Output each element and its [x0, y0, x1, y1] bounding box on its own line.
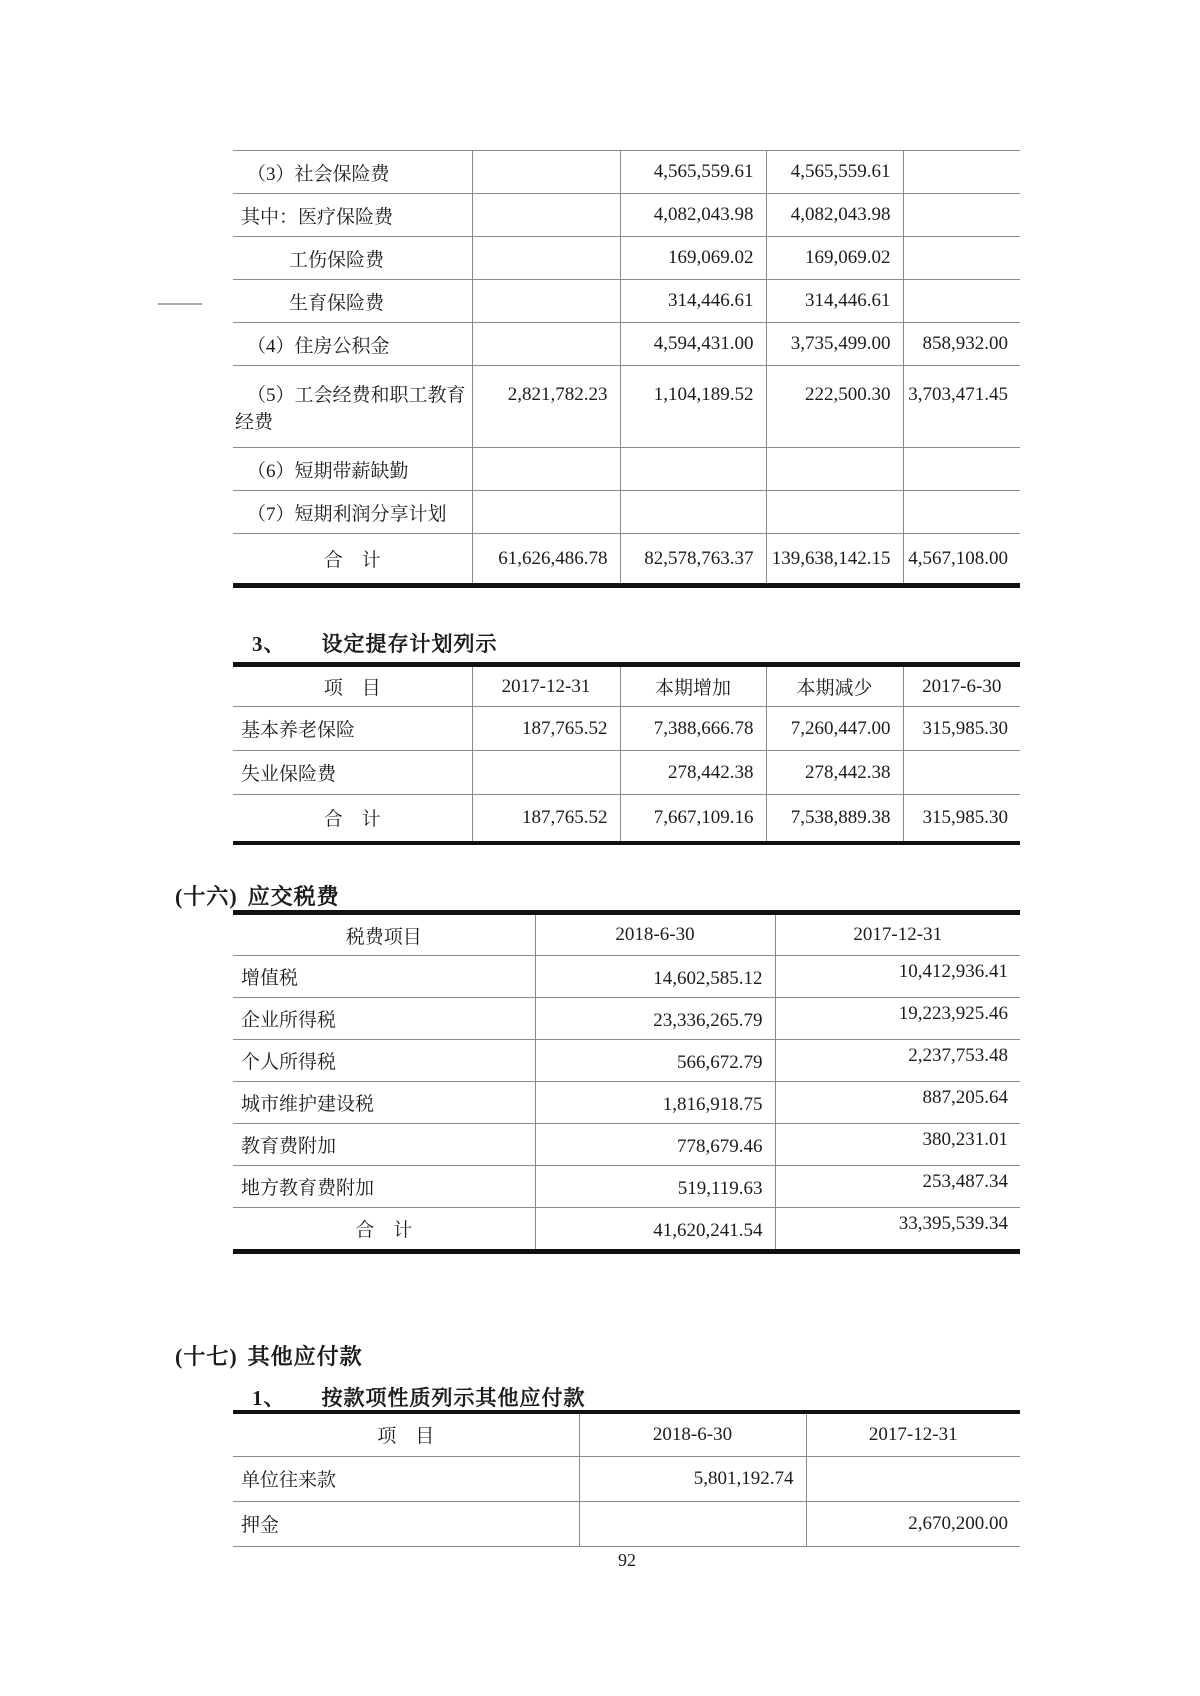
table-row: 押金 2,670,200.00 — [233, 1501, 1020, 1546]
column-header: 本期增加 — [620, 665, 766, 707]
cell-value: 519,119.63 — [535, 1166, 775, 1208]
cell-value: 314,446.61 — [620, 280, 766, 323]
table-row: 企业所得税 23,336,265.79 19,223,925.46 — [233, 998, 1020, 1040]
row-label: 生育保险费 — [233, 280, 472, 323]
cell-value: 1,816,918.75 — [535, 1082, 775, 1124]
table-row: 工伤保险费 169,069.02 169,069.02 — [233, 237, 1020, 280]
column-header: 2017-12-31 — [775, 913, 1020, 956]
subsection-heading-other-payables-by-nature: 1、按款项性质列示其他应付款 — [252, 1382, 586, 1412]
cell-value: 2,821,782.23 — [472, 366, 620, 448]
subsection-title: 按款项性质列示其他应付款 — [322, 1386, 586, 1410]
cell-value: 33,395,539.34 — [775, 1208, 1020, 1252]
section-title: 其他应付款 — [248, 1344, 363, 1369]
cell-value: 887,205.64 — [775, 1082, 1020, 1124]
column-header: 项 目 — [233, 665, 472, 707]
cell-value: 858,932.00 — [903, 323, 1020, 366]
page-number: 92 — [597, 1550, 657, 1571]
cell-value: 4,082,043.98 — [620, 194, 766, 237]
cell-value: 778,679.46 — [535, 1124, 775, 1166]
table-row: 个人所得税 566,672.79 2,237,753.48 — [233, 1040, 1020, 1082]
section-number: (十七) — [175, 1344, 238, 1369]
cell-value: 4,565,559.61 — [620, 151, 766, 194]
cell-value — [903, 448, 1020, 491]
header-row: 项 目 2017-12-31 本期增加 本期减少 2017-6-30 — [233, 665, 1020, 707]
section-number: (十六) — [175, 884, 238, 909]
cell-value — [472, 491, 620, 534]
table-row: 失业保险费 278,442.38 278,442.38 — [233, 751, 1020, 795]
section-heading-taxes-payable: (十六)应交税费 — [175, 880, 340, 911]
row-label: 地方教育费附加 — [233, 1166, 535, 1208]
table-row: （3）社会保险费 4,565,559.61 4,565,559.61 — [233, 151, 1020, 194]
cell-value: 2,237,753.48 — [775, 1040, 1020, 1082]
cell-value — [579, 1501, 806, 1546]
column-header: 2017-12-31 — [806, 1412, 1020, 1456]
cell-value: 169,069.02 — [766, 237, 903, 280]
table-row: （6）短期带薪缺勤 — [233, 448, 1020, 491]
header-row: 税费项目 2018-6-30 2017-12-31 — [233, 913, 1020, 956]
cell-value — [766, 448, 903, 491]
table-row: 生育保险费 314,446.61 314,446.61 — [233, 280, 1020, 323]
subsection-title: 设定提存计划列示 — [322, 632, 498, 656]
table-row: 教育费附加 778,679.46 380,231.01 — [233, 1124, 1020, 1166]
cell-value — [903, 151, 1020, 194]
cell-value — [472, 280, 620, 323]
defined-contribution-plan-table: 项 目 2017-12-31 本期增加 本期减少 2017-6-30 基本养老保… — [233, 662, 1020, 845]
cell-value: 10,412,936.41 — [775, 956, 1020, 998]
cell-value: 82,578,763.37 — [620, 534, 766, 586]
table-row: 单位往来款 5,801,192.74 — [233, 1456, 1020, 1501]
row-label: 企业所得税 — [233, 998, 535, 1040]
cell-value: 1,104,189.52 — [620, 366, 766, 448]
row-label: （7）短期利润分享计划 — [233, 491, 472, 534]
cell-value: 23,336,265.79 — [535, 998, 775, 1040]
cell-value: 4,567,108.00 — [903, 534, 1020, 586]
margin-dash — [158, 303, 202, 305]
row-label: 个人所得税 — [233, 1040, 535, 1082]
cell-value: 278,442.38 — [766, 751, 903, 795]
cell-value — [903, 280, 1020, 323]
column-header: 2017-12-31 — [472, 665, 620, 707]
table-row: （5）工会经费和职工教育 经费 2,821,782.23 1,104,189.5… — [233, 366, 1020, 448]
financial-report-page: { "page_number": "92", "benefits_table":… — [0, 0, 1200, 1696]
employee-benefits-table: （3）社会保险费 4,565,559.61 4,565,559.61 其中：医疗… — [233, 150, 1020, 588]
total-label: 合 计 — [233, 534, 472, 586]
cell-value: 19,223,925.46 — [775, 998, 1020, 1040]
total-row: 合 计 61,626,486.78 82,578,763.37 139,638,… — [233, 534, 1020, 586]
cell-value: 380,231.01 — [775, 1124, 1020, 1166]
cell-value — [472, 194, 620, 237]
column-header: 本期减少 — [766, 665, 903, 707]
cell-value — [903, 194, 1020, 237]
total-label: 合 计 — [233, 795, 472, 843]
other-payables-table: 项 目 2018-6-30 2017-12-31 单位往来款 5,801,192… — [233, 1410, 1020, 1547]
cell-value: 566,672.79 — [535, 1040, 775, 1082]
cell-value: 278,442.38 — [620, 751, 766, 795]
section-heading-other-payables: (十七)其他应付款 — [175, 1340, 363, 1371]
row-label: 单位往来款 — [233, 1456, 579, 1501]
cell-value: 222,500.30 — [766, 366, 903, 448]
table-row: 增值税 14,602,585.12 10,412,936.41 — [233, 956, 1020, 998]
row-label: （4）住房公积金 — [233, 323, 472, 366]
table-row: 地方教育费附加 519,119.63 253,487.34 — [233, 1166, 1020, 1208]
cell-value: 315,985.30 — [903, 707, 1020, 751]
cell-value: 253,487.34 — [775, 1166, 1020, 1208]
column-header: 税费项目 — [233, 913, 535, 956]
cell-value: 7,538,889.38 — [766, 795, 903, 843]
row-label: 城市维护建设税 — [233, 1082, 535, 1124]
cell-value — [472, 751, 620, 795]
total-row: 合 计 41,620,241.54 33,395,539.34 — [233, 1208, 1020, 1252]
table-row: 城市维护建设税 1,816,918.75 887,205.64 — [233, 1082, 1020, 1124]
column-header: 项 目 — [233, 1412, 579, 1456]
row-label-line2: 经费 — [233, 407, 472, 434]
total-label: 合 计 — [233, 1208, 535, 1252]
cell-value — [903, 237, 1020, 280]
cell-value: 139,638,142.15 — [766, 534, 903, 586]
cell-value: 314,446.61 — [766, 280, 903, 323]
column-header: 2017-6-30 — [903, 665, 1020, 707]
row-label: 工伤保险费 — [233, 237, 472, 280]
row-label: 押金 — [233, 1501, 579, 1546]
cell-value: 7,667,109.16 — [620, 795, 766, 843]
cell-value — [472, 151, 620, 194]
subsection-number: 3、 — [252, 632, 286, 656]
row-label: 其中：医疗保险费 — [233, 194, 472, 237]
cell-value — [766, 491, 903, 534]
column-header: 2018-6-30 — [535, 913, 775, 956]
cell-value: 14,602,585.12 — [535, 956, 775, 998]
cell-value — [620, 491, 766, 534]
cell-value: 169,069.02 — [620, 237, 766, 280]
cell-value: 187,765.52 — [472, 795, 620, 843]
cell-value: 3,703,471.45 — [903, 366, 1020, 448]
total-row: 合 计 187,765.52 7,667,109.16 7,538,889.38… — [233, 795, 1020, 843]
column-header: 2018-6-30 — [579, 1412, 806, 1456]
cell-value: 4,565,559.61 — [766, 151, 903, 194]
row-label: 增值税 — [233, 956, 535, 998]
cell-value: 187,765.52 — [472, 707, 620, 751]
row-label: （3）社会保险费 — [233, 151, 472, 194]
row-label: 基本养老保险 — [233, 707, 472, 751]
cell-value: 3,735,499.00 — [766, 323, 903, 366]
cell-value: 4,594,431.00 — [620, 323, 766, 366]
cell-value — [903, 491, 1020, 534]
row-label: （6）短期带薪缺勤 — [233, 448, 472, 491]
cell-value: 7,388,666.78 — [620, 707, 766, 751]
cell-value — [903, 751, 1020, 795]
row-label: 失业保险费 — [233, 751, 472, 795]
row-label-line1: （5）工会经费和职工教育 — [233, 380, 472, 407]
cell-value: 7,260,447.00 — [766, 707, 903, 751]
cell-value: 315,985.30 — [903, 795, 1020, 843]
cell-value: 61,626,486.78 — [472, 534, 620, 586]
taxes-payable-table: 税费项目 2018-6-30 2017-12-31 增值税 14,602,585… — [233, 910, 1020, 1254]
table-row: 基本养老保险 187,765.52 7,388,666.78 7,260,447… — [233, 707, 1020, 751]
cell-value: 2,670,200.00 — [806, 1501, 1020, 1546]
subsection-number: 1、 — [252, 1386, 286, 1410]
row-label: （5）工会经费和职工教育 经费 — [233, 366, 472, 448]
header-row: 项 目 2018-6-30 2017-12-31 — [233, 1412, 1020, 1456]
cell-value: 4,082,043.98 — [766, 194, 903, 237]
cell-value — [472, 237, 620, 280]
row-label: 教育费附加 — [233, 1124, 535, 1166]
table-row: （7）短期利润分享计划 — [233, 491, 1020, 534]
cell-value — [620, 448, 766, 491]
cell-value — [472, 448, 620, 491]
subsection-heading-defined-contribution: 3、设定提存计划列示 — [252, 628, 498, 658]
cell-value — [472, 323, 620, 366]
table-row: （4）住房公积金 4,594,431.00 3,735,499.00 858,9… — [233, 323, 1020, 366]
table-row: 其中：医疗保险费 4,082,043.98 4,082,043.98 — [233, 194, 1020, 237]
section-title: 应交税费 — [248, 884, 340, 909]
cell-value: 41,620,241.54 — [535, 1208, 775, 1252]
cell-value: 5,801,192.74 — [579, 1456, 806, 1501]
cell-value — [806, 1456, 1020, 1501]
